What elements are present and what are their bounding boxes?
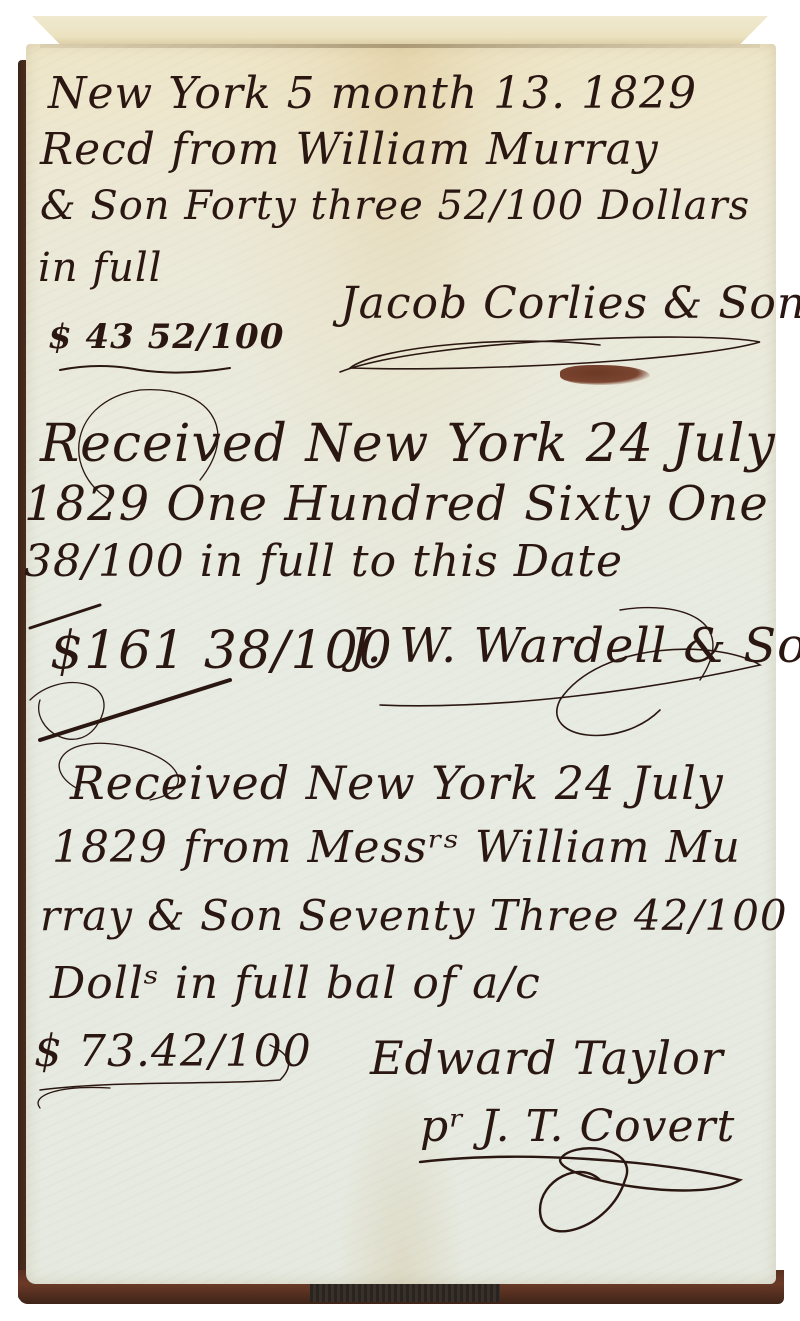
receipt-3-countersign: pʳ J. T. Covert (420, 1105, 735, 1149)
receipt-2-amount: $161 38/100 (50, 625, 393, 677)
receipt-2-line-3: 38/100 in full to this Date (24, 540, 623, 584)
folded-previous-page (32, 16, 768, 46)
receipt-1-line-3: & Son Forty three 52/100 Dollars (40, 186, 750, 226)
receipt-3-amount: $ 73.42/100 (34, 1030, 312, 1074)
receipt-1-line-1: New York 5 month 13. 1829 (48, 72, 697, 116)
receipt-3-line-2: 1829 from Messʳˢ William Mu (52, 826, 741, 870)
receipt-3-signature: Edward Taylor (370, 1035, 724, 1081)
receipt-1-amount: $ 43 52/100 (48, 320, 284, 354)
page-fold-crease (40, 44, 760, 48)
receipt-1-line-2: Recd from William Murray (40, 128, 659, 172)
receipt-1-line-4: in full (38, 248, 162, 288)
receipt-1-signature: Jacob Corlies & Son (340, 282, 800, 326)
receipt-2-line-2: 1829 One Hundred Sixty One (24, 480, 769, 528)
receipt-3-line-3: rray & Son Seventy Three 42/100 (40, 895, 788, 937)
receipt-2-signature: J. W. Wardell & Son (350, 622, 800, 670)
ink-blot (560, 365, 650, 385)
receipt-2-line-1: Received New York 24 July (40, 418, 776, 470)
scanned-page: New York 5 month 13. 1829 Recd from Will… (0, 0, 800, 1321)
receipt-3-line-4: Dollˢ in full bal of a/c (50, 962, 541, 1006)
receipt-3-line-1: Received New York 24 July (70, 760, 724, 806)
